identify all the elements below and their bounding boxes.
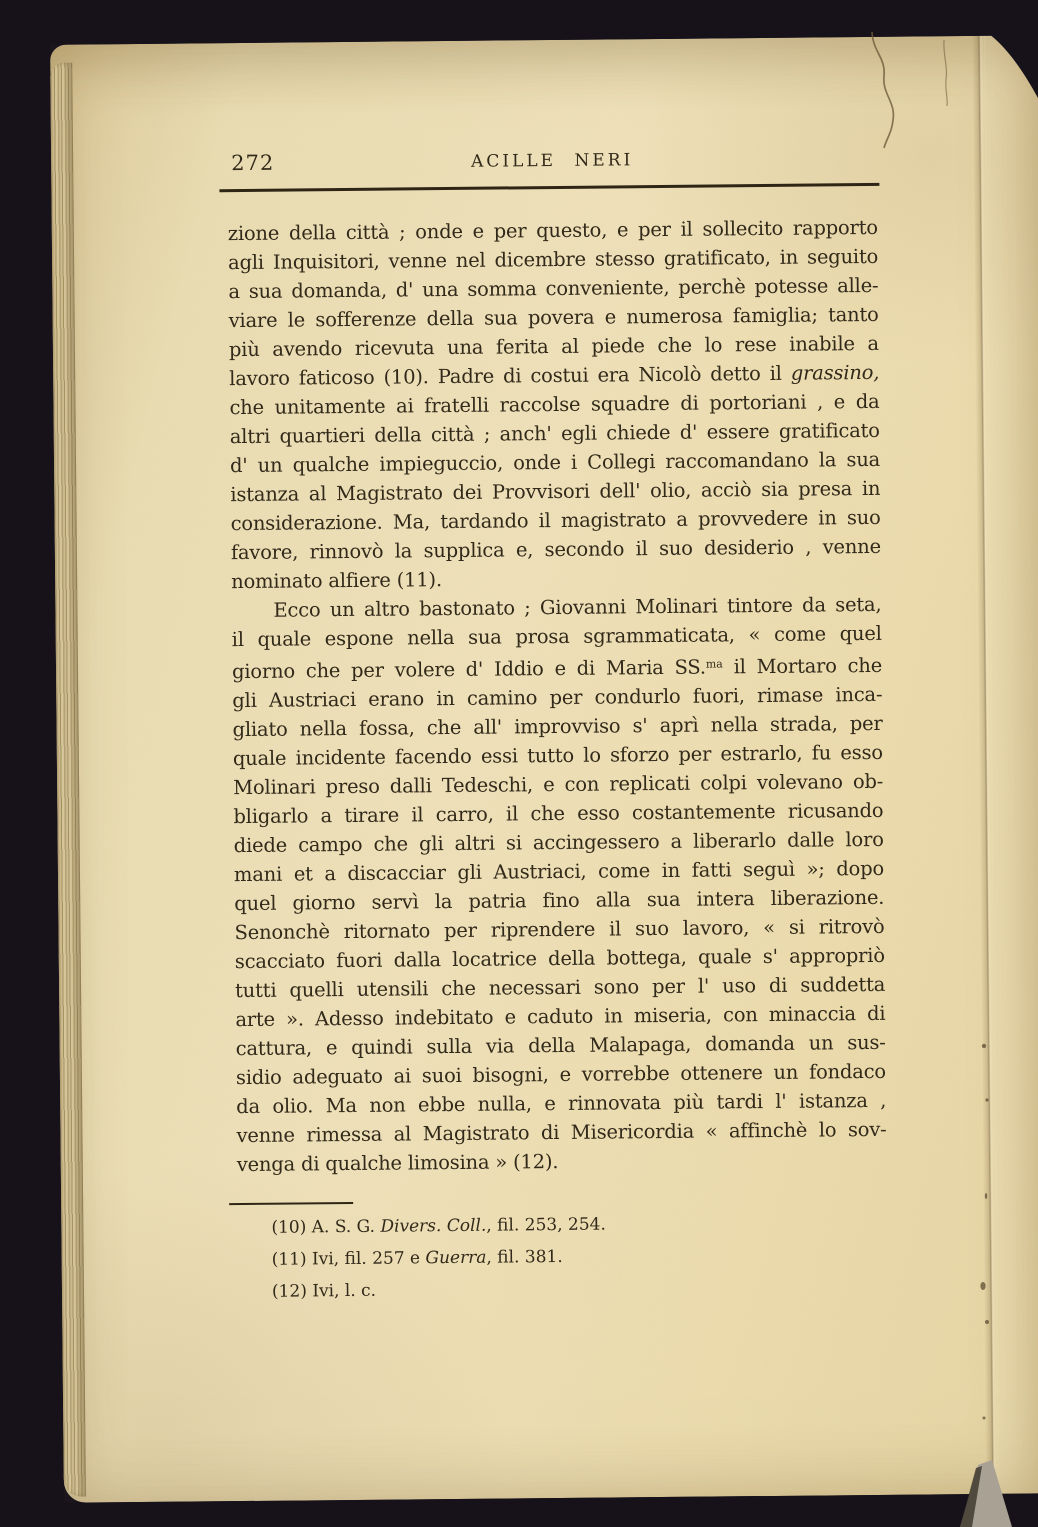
running-header: ACILLE NERI xyxy=(227,145,877,174)
page-edge-stack xyxy=(50,63,86,1497)
book-page: 272 ACILLE NERI zione della città ; onde… xyxy=(50,35,1038,1503)
page-header: 272 ACILLE NERI xyxy=(227,145,877,177)
text-line: (12) Ivi, l. c. xyxy=(272,1270,888,1308)
footnotes: (10) A. S. G. Divers. Coll., fil. 253, 2… xyxy=(237,1206,888,1308)
text-line: venga di qualche limosina » (12). xyxy=(237,1144,887,1179)
body-text: zione della città ; onde e per questo, e… xyxy=(228,213,887,1179)
footnote-rule xyxy=(229,1202,353,1205)
page-content: 272 ACILLE NERI zione della città ; onde… xyxy=(227,145,888,1308)
page-number: 272 xyxy=(231,151,274,175)
photo-background: 272 ACILLE NERI zione della città ; onde… xyxy=(0,0,1038,1527)
header-rule xyxy=(219,183,879,192)
